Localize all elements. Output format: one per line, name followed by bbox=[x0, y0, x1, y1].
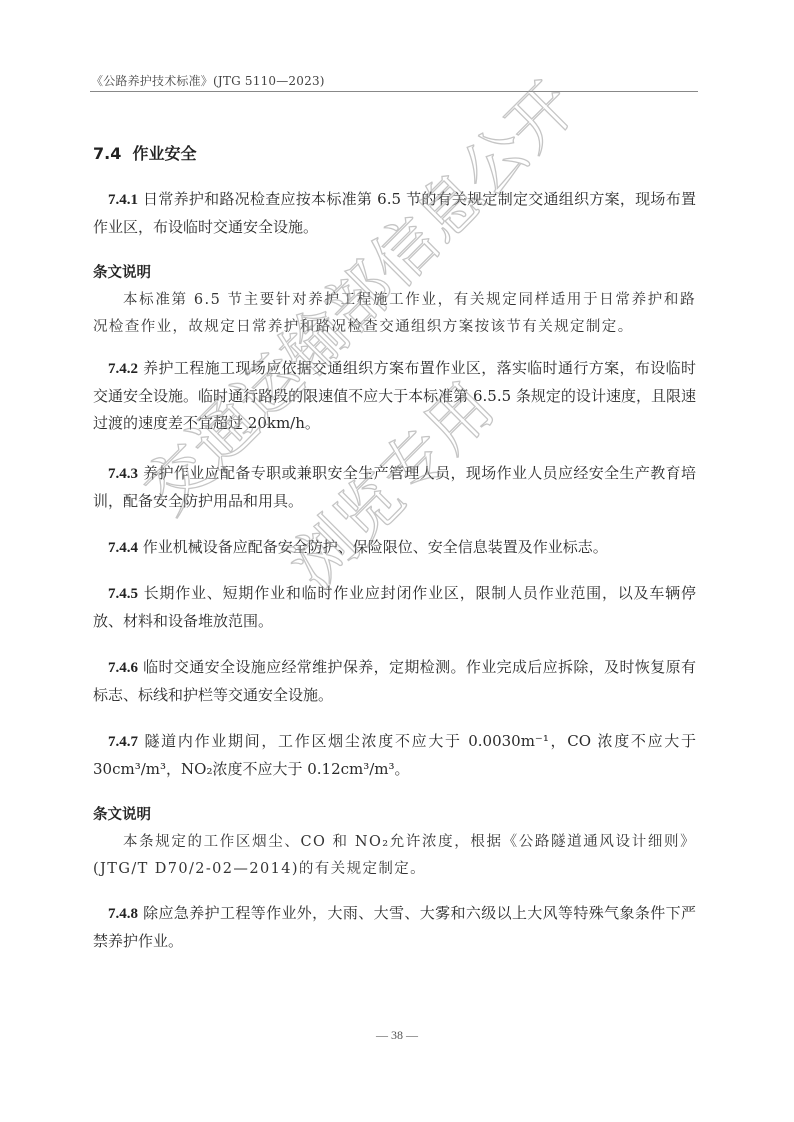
document-page: 《公路养护技术标准》(JTG 5110—2023) 7.4 作业安全 7.4.1… bbox=[0, 0, 794, 1122]
commentary-block-2: 条文说明 本条规定的工作区烟尘、CO 和 NO₂允许浓度，根据《公路隧道通风设计… bbox=[93, 802, 696, 883]
clause-number: 7.4.7 bbox=[108, 734, 138, 750]
clause-number: 7.4.4 bbox=[108, 540, 138, 556]
header-rule bbox=[90, 91, 698, 92]
clause-text: 日常养护和路况检查应按本标准第 6.5 节的有关规定制定交通组织方案，现场布置作… bbox=[93, 190, 696, 236]
clause-number: 7.4.6 bbox=[108, 660, 138, 676]
clause-number: 7.4.3 bbox=[108, 466, 138, 482]
clause-text: 除应急养护工程等作业外，大雨、大雪、大雾和六级以上大风等特殊气象条件下严禁养护作… bbox=[93, 904, 696, 950]
clause-number: 7.4.1 bbox=[108, 192, 138, 208]
clause-7-4-2: 7.4.2 养护工程施工现场应依据交通组织方案布置作业区，落实临时通行方案，布设… bbox=[93, 355, 696, 437]
clause-text: 养护作业应配备专职或兼职安全生产管理人员，现场作业人员应经安全生产教育培训，配备… bbox=[93, 464, 696, 510]
clause-text: 临时交通安全设施应经常维护保养，定期检测。作业完成后应拆除，及时恢复原有标志、标… bbox=[93, 658, 696, 704]
clause-number: 7.4.8 bbox=[108, 906, 138, 922]
clause-7-4-6: 7.4.6 临时交通安全设施应经常维护保养，定期检测。作业完成后应拆除，及时恢复… bbox=[93, 654, 696, 709]
commentary-text: 本条规定的工作区烟尘、CO 和 NO₂允许浓度，根据《公路隧道通风设计细则》(J… bbox=[93, 829, 696, 883]
commentary-block-1: 条文说明 本标准第 6.5 节主要针对养护工程施工作业，有关规定同样适用于日常养… bbox=[93, 260, 696, 341]
commentary-title: 条文说明 bbox=[93, 802, 696, 829]
clause-7-4-4: 7.4.4 作业机械设备应配备安全防护、保险限位、安全信息装置及作业标志。 bbox=[93, 534, 696, 562]
page-number: — 38 — bbox=[0, 1028, 794, 1043]
clause-7-4-8: 7.4.8 除应急养护工程等作业外，大雨、大雪、大雾和六级以上大风等特殊气象条件… bbox=[93, 900, 696, 955]
clause-text: 长期作业、短期作业和临时作业应封闭作业区，限制人员作业范围，以及车辆停放、材料和… bbox=[93, 584, 696, 630]
clause-number: 7.4.5 bbox=[108, 586, 138, 602]
clause-text: 作业机械设备应配备安全防护、保险限位、安全信息装置及作业标志。 bbox=[143, 538, 608, 556]
commentary-title: 条文说明 bbox=[93, 260, 696, 287]
section-heading: 7.4 作业安全 bbox=[93, 141, 197, 164]
clause-7-4-3: 7.4.3 养护作业应配备专职或兼职安全生产管理人员，现场作业人员应经安全生产教… bbox=[93, 460, 696, 515]
section-number: 7.4 bbox=[93, 144, 121, 163]
clause-7-4-1: 7.4.1 日常养护和路况检查应按本标准第 6.5 节的有关规定制定交通组织方案… bbox=[93, 186, 696, 241]
commentary-text: 本标准第 6.5 节主要针对养护工程施工作业，有关规定同样适用于日常养护和路况检… bbox=[93, 287, 696, 341]
section-title: 作业安全 bbox=[132, 144, 196, 163]
clause-text: 养护工程施工现场应依据交通组织方案布置作业区，落实临时通行方案，布设临时交通安全… bbox=[93, 359, 696, 432]
running-header: 《公路养护技术标准》(JTG 5110—2023) bbox=[91, 72, 325, 89]
clause-7-4-7: 7.4.7 隧道内作业期间，工作区烟尘浓度不应大于 0.0030m⁻¹，CO 浓… bbox=[93, 728, 696, 783]
clause-number: 7.4.2 bbox=[108, 361, 138, 377]
clause-text: 隧道内作业期间，工作区烟尘浓度不应大于 0.0030m⁻¹，CO 浓度不应大于 … bbox=[93, 732, 696, 778]
clause-7-4-5: 7.4.5 长期作业、短期作业和临时作业应封闭作业区，限制人员作业范围，以及车辆… bbox=[93, 580, 696, 635]
